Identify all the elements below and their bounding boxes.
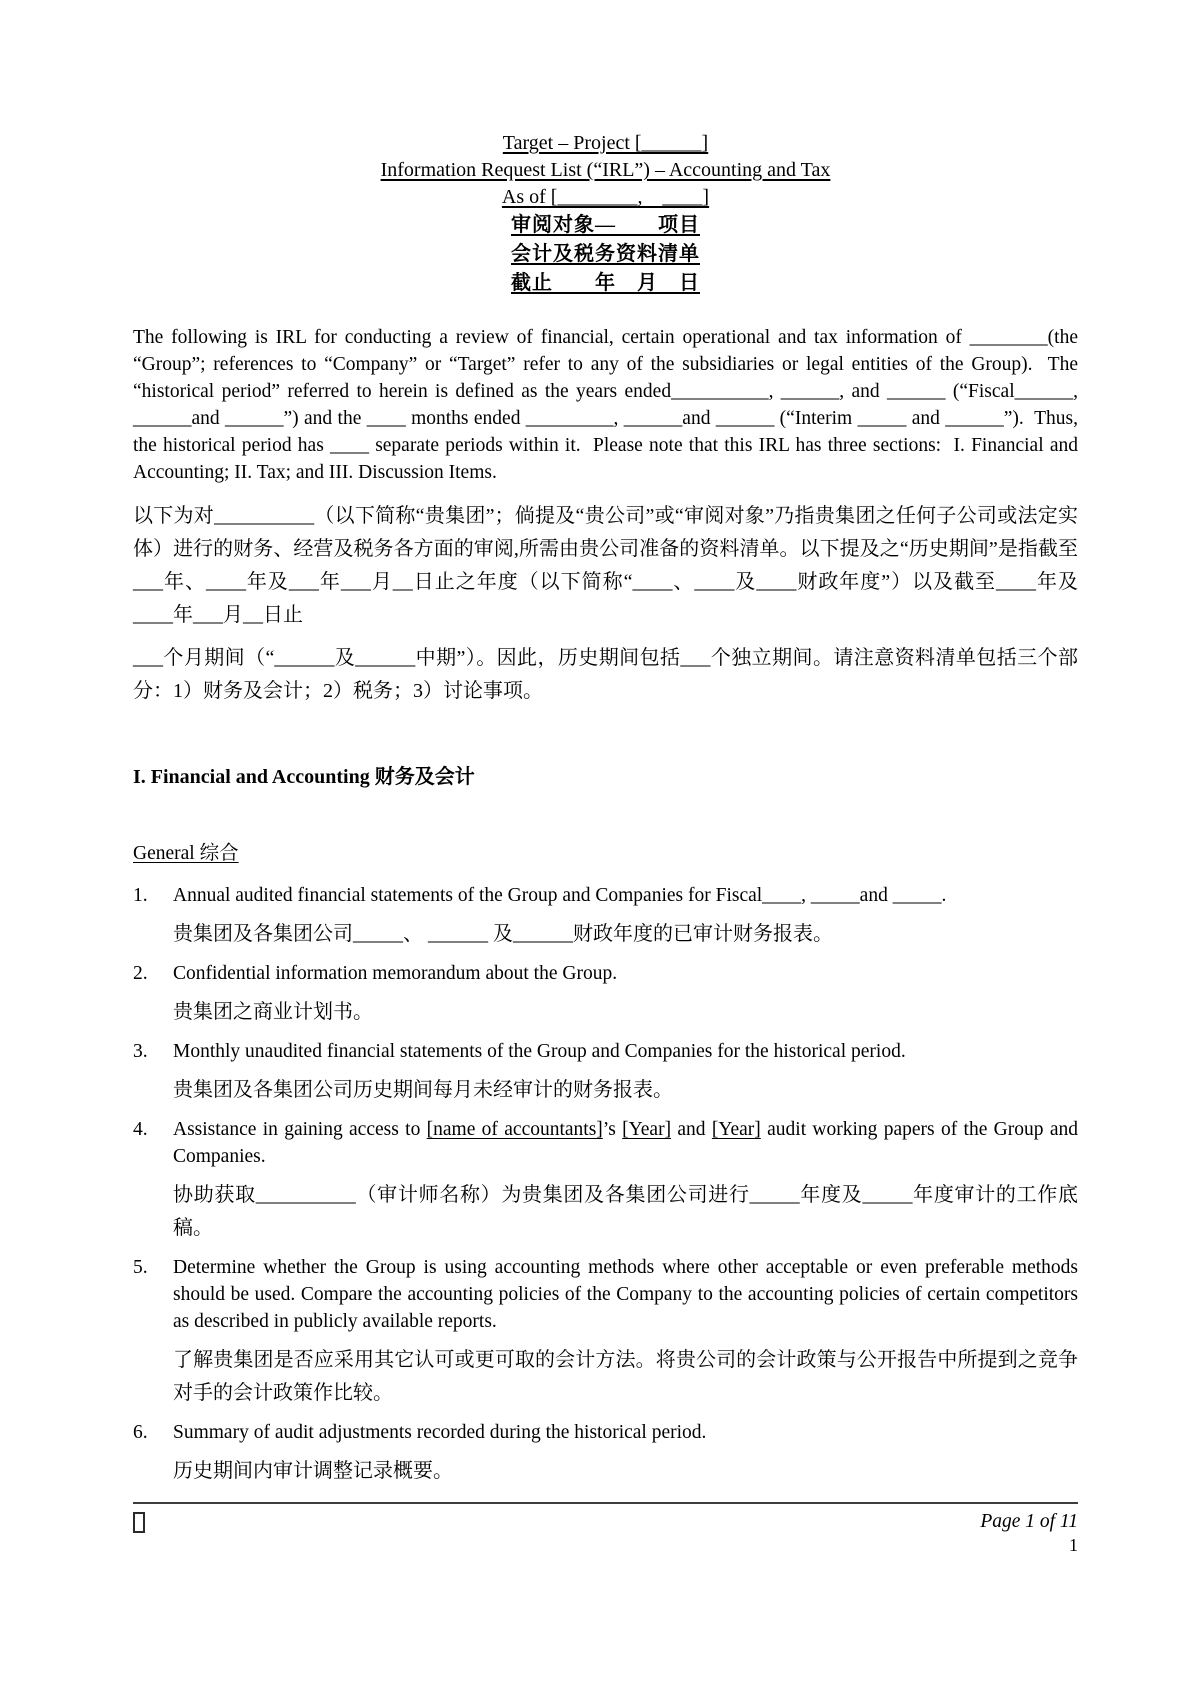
list-item-6: 6. Summary of audit adjustments recorded… [133,1419,1078,1488]
item-text-en: Assistance in gaining access to [name of… [173,1116,1078,1170]
title-line-project: Target – Project [______] [133,130,1078,157]
missing-glyph-box-icon [133,1512,145,1533]
item-text-en: Annual audited financial statements of t… [173,882,1078,909]
item-text-en: Determine whether the Group is using acc… [173,1254,1078,1335]
document-title-block: Target – Project [______] Information Re… [133,130,1078,298]
item-number: 3. [133,1038,173,1107]
item-number: 4. [133,1116,173,1245]
item-text-zh: 贵集团及各集团公司历史期间每月未经审计的财务报表。 [173,1074,1078,1107]
list-item-4: 4. Assistance in gaining access to [name… [133,1116,1078,1245]
title-line-asof: As of [________, ____] [133,184,1078,211]
underlined-placeholder-year-2: [Year] [712,1119,761,1140]
page-number: 1 [133,1534,1078,1556]
item-number: 6. [133,1419,173,1488]
item-number: 2. [133,960,173,1029]
item-text-zh: 历史期间内审计调整记录概要。 [173,1455,1078,1488]
item-text-zh: 贵集团之商业计划书。 [173,996,1078,1029]
title-line-accounting-tax-list: 会计及税务资料清单 [133,240,1078,269]
item-text-zh: 贵集团及各集团公司_____、 ______ 及______财政年度的已审计财务… [173,918,1078,951]
list-item-3: 3. Monthly unaudited financial statement… [133,1038,1078,1107]
title-line-date: 截止 年 月 日 [133,269,1078,298]
item-text-zh: 了解贵集团是否应采用其它认可或更可取的会计方法。将贵公司的会计政策与公开报告中所… [173,1344,1078,1410]
item-text-en: Monthly unaudited financial statements o… [173,1038,1078,1065]
underlined-placeholder-year-1: [Year] [622,1119,671,1140]
intro-paragraph-zh-1: 以下为对__________（以下简称“贵集团”；倘提及“贵公司”或“审阅对象”… [133,500,1078,632]
item-number: 1. [133,882,173,951]
item-text-en: Confidential information memorandum abou… [173,960,1078,987]
page-footer: Page 1 of 11 1 [133,1502,1078,1556]
intro-paragraph-en: The following is IRL for conducting a re… [133,324,1078,486]
item-text-en: Summary of audit adjustments recorded du… [173,1419,1078,1446]
underlined-placeholder-accountants: [name of accountants] [427,1119,603,1140]
list-item-5: 5. Determine whether the Group is using … [133,1254,1078,1410]
title-line-review-target: 审阅对象— 项目 [133,211,1078,240]
item-number: 5. [133,1254,173,1410]
request-list: 1. Annual audited financial statements o… [133,882,1078,1488]
intro-paragraph-zh-2: ___个月期间（“______及______中期”）。因此，历史期间包括___个… [133,642,1078,708]
item-text-zh: 协助获取__________（审计师名称）为贵集团及各集团公司进行_____年度… [173,1179,1078,1245]
document-page: Target – Project [______] Information Re… [0,0,1200,1696]
subheading-general: General 综合 [133,837,1078,865]
list-item-2: 2. Confidential information memorandum a… [133,960,1078,1029]
section-heading-financial-accounting: I. Financial and Accounting 财务及会计 [133,760,1078,789]
intro-section: The following is IRL for conducting a re… [133,324,1078,708]
title-line-irl: Information Request List (“IRL”) – Accou… [133,157,1078,184]
page-label: Page 1 of 11 [980,1510,1078,1534]
list-item-1: 1. Annual audited financial statements o… [133,882,1078,951]
